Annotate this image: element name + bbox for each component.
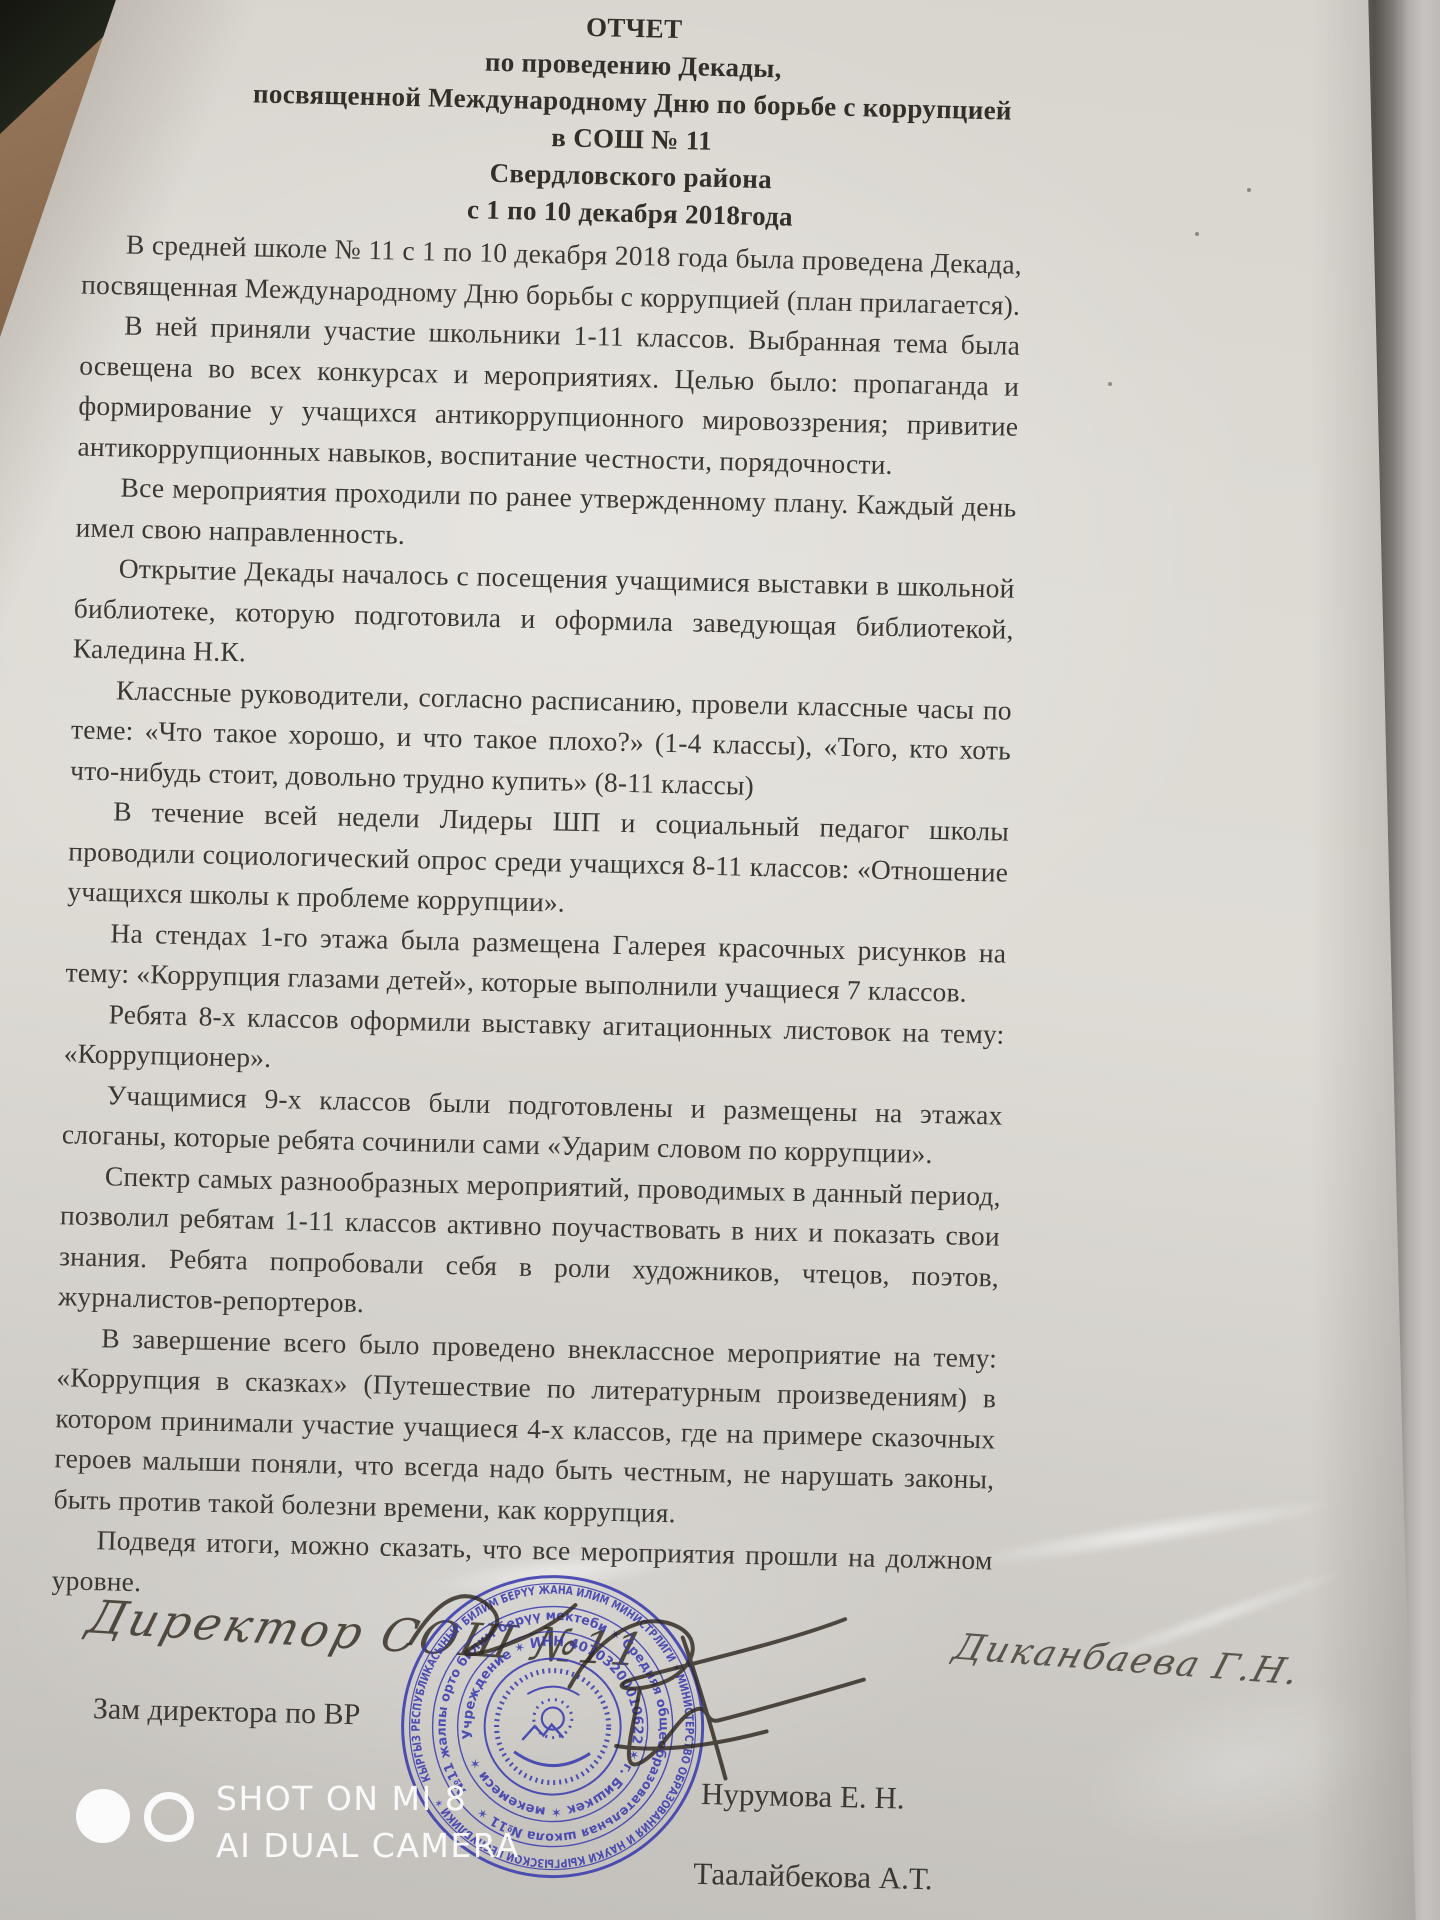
handwritten-director-name: Диканбаева Г.Н. <box>949 1627 1306 1693</box>
paragraph: В ней приняли участие школьники 1-11 кла… <box>77 305 1020 488</box>
second-signer-name: Таалайбекова А.Т. <box>693 1856 933 1897</box>
paragraph: Спектр самых разнообразных мероприятий, … <box>58 1155 1001 1338</box>
paragraph: В завершение всего было проведено внекла… <box>53 1317 997 1541</box>
document-page: ОТЧЕТпо проведению Декады,посвященной Ме… <box>0 0 1440 1920</box>
deputy-director-label: Зам директора по ВР <box>93 1692 361 1732</box>
paragraph: Открытие Декады началось с посещения уча… <box>72 547 1015 690</box>
document-content: ОТЧЕТпо проведению Декады,посвященной Ме… <box>0 0 1440 1920</box>
report-title: ОТЧЕТпо проведению Декады,посвященной Ме… <box>75 0 1190 245</box>
paragraph: Классные руководители, согласно расписан… <box>70 669 1013 812</box>
report-body: В средней школе № 11 с 1 по 10 декабря 2… <box>51 224 1022 1622</box>
paragraph: В течение всей недели Лидеры ШП и социал… <box>67 790 1010 933</box>
photo-of-document: ОТЧЕТпо проведению Декады,посвященной Ме… <box>0 0 1440 1920</box>
pen-signature-scribble <box>378 1535 985 1849</box>
